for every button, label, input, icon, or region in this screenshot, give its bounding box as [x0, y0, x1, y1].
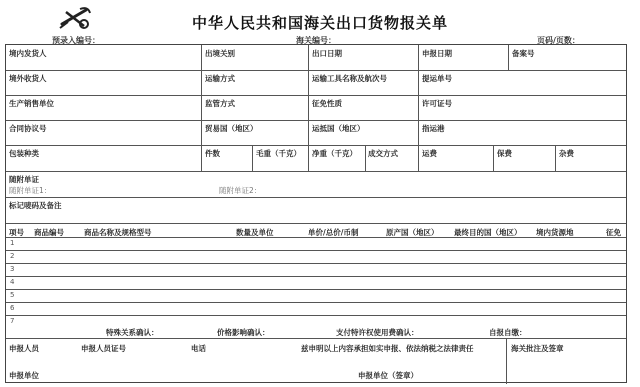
- contract-number-label: 合同协议号: [9, 123, 47, 134]
- goods-row-number: 1: [10, 239, 14, 247]
- freight-label: 运费: [422, 148, 437, 159]
- divider: [6, 223, 626, 224]
- royalty-confirm-label: 支付特许权使用费确认：: [336, 327, 419, 338]
- self-report-label: 自报自缴：: [489, 327, 527, 338]
- divider: [201, 145, 202, 171]
- export-date-label: 出口日期: [312, 48, 342, 59]
- exemption-nature-label: 征免性质: [312, 98, 342, 109]
- declarant-label: 申报人员: [9, 343, 39, 354]
- price-influence-confirm-label: 价格影响确认：: [217, 327, 270, 338]
- phone-label: 电话: [191, 343, 206, 354]
- divider: [6, 276, 626, 277]
- divider: [508, 45, 509, 70]
- declaration-statement: 兹申明以上内容承担如实申报、依法纳税之法律责任: [301, 343, 474, 354]
- goods-header-price: 单价/总价/币制: [308, 227, 358, 238]
- goods-row-number: 5: [10, 291, 14, 299]
- declaration-form: 境内发货人 出境关别 出口日期 申报日期 备案号 境外收货人 运输方式 运输工具…: [5, 44, 627, 383]
- goods-header-item-no: 项号: [9, 227, 24, 238]
- declarant-id-label: 申报人员证号: [81, 343, 126, 354]
- destination-port-label: 指运港: [422, 123, 445, 134]
- divider: [6, 289, 626, 290]
- divider: [6, 171, 626, 172]
- destination-country-label: 运抵国（地区）: [312, 123, 365, 134]
- divider: [6, 338, 626, 339]
- divider: [6, 263, 626, 264]
- goods-header-domestic-source: 境内货源地: [536, 227, 574, 238]
- divider: [6, 302, 626, 303]
- goods-row-number: 7: [10, 317, 14, 325]
- attached-doc-2-label: 随附单证2：: [219, 185, 261, 196]
- goods-header-description: 商品名称及规格型号: [84, 227, 152, 238]
- special-relation-confirm-label: 特殊关系确认：: [106, 327, 159, 338]
- goods-header-origin: 原产国（地区）: [386, 227, 439, 238]
- divider: [308, 145, 309, 171]
- package-count-label: 件数: [205, 148, 220, 159]
- divider: [6, 70, 626, 71]
- goods-row-number: 4: [10, 278, 14, 286]
- divider: [6, 95, 626, 96]
- divider: [506, 338, 507, 384]
- domestic-shipper-label: 境内发货人: [9, 48, 47, 59]
- document-title: 中华人民共和国海关出口货物报关单: [0, 12, 640, 33]
- record-number-label: 备案号: [512, 48, 535, 59]
- exit-port-label: 出境关别: [205, 48, 235, 59]
- misc-fee-label: 杂费: [559, 148, 574, 159]
- supervision-mode-label: 监管方式: [205, 98, 235, 109]
- license-number-label: 许可证号: [422, 98, 452, 109]
- transaction-mode-label: 成交方式: [368, 148, 398, 159]
- divider: [6, 315, 626, 316]
- customs-approval-label: 海关批注及签章: [511, 343, 564, 354]
- divider: [6, 250, 626, 251]
- net-weight-label: 净重（千克）: [312, 148, 357, 159]
- declaring-unit-seal-label: 申报单位（签章）: [358, 370, 418, 381]
- declaring-unit-label: 申报单位: [9, 370, 39, 381]
- goods-header-exemption: 征免: [606, 227, 621, 238]
- package-type-label: 包装种类: [9, 148, 39, 159]
- declaration-date-label: 申报日期: [422, 48, 452, 59]
- overseas-consignee-label: 境外收货人: [9, 73, 47, 84]
- production-sales-unit-label: 生产销售单位: [9, 98, 54, 109]
- vessel-voyage-label: 运输工具名称及航次号: [312, 73, 387, 84]
- divider: [6, 197, 626, 198]
- divider: [6, 120, 626, 121]
- goods-row-number: 3: [10, 265, 14, 273]
- gross-weight-label: 毛重（千克）: [256, 148, 301, 159]
- divider: [365, 145, 366, 171]
- goods-row-number: 2: [10, 252, 14, 260]
- attached-doc-1-label: 随附单证1：: [9, 185, 51, 196]
- transport-mode-label: 运输方式: [205, 73, 235, 84]
- goods-header-final-destination: 最终目的国（地区）: [454, 227, 522, 238]
- bill-of-lading-label: 提运单号: [422, 73, 452, 84]
- goods-header-quantity: 数量及单位: [236, 227, 274, 238]
- attached-docs-label: 随附单证: [9, 174, 39, 185]
- trade-country-label: 贸易国（地区）: [205, 123, 258, 134]
- divider: [6, 145, 626, 146]
- divider: [418, 145, 419, 171]
- insurance-label: 保费: [497, 148, 512, 159]
- goods-row-number: 6: [10, 304, 14, 312]
- marks-remarks-label: 标记唛码及备注: [9, 200, 62, 211]
- divider: [555, 145, 556, 171]
- goods-header-hs-code: 商品编号: [34, 227, 64, 238]
- divider: [252, 145, 253, 171]
- divider: [493, 145, 494, 171]
